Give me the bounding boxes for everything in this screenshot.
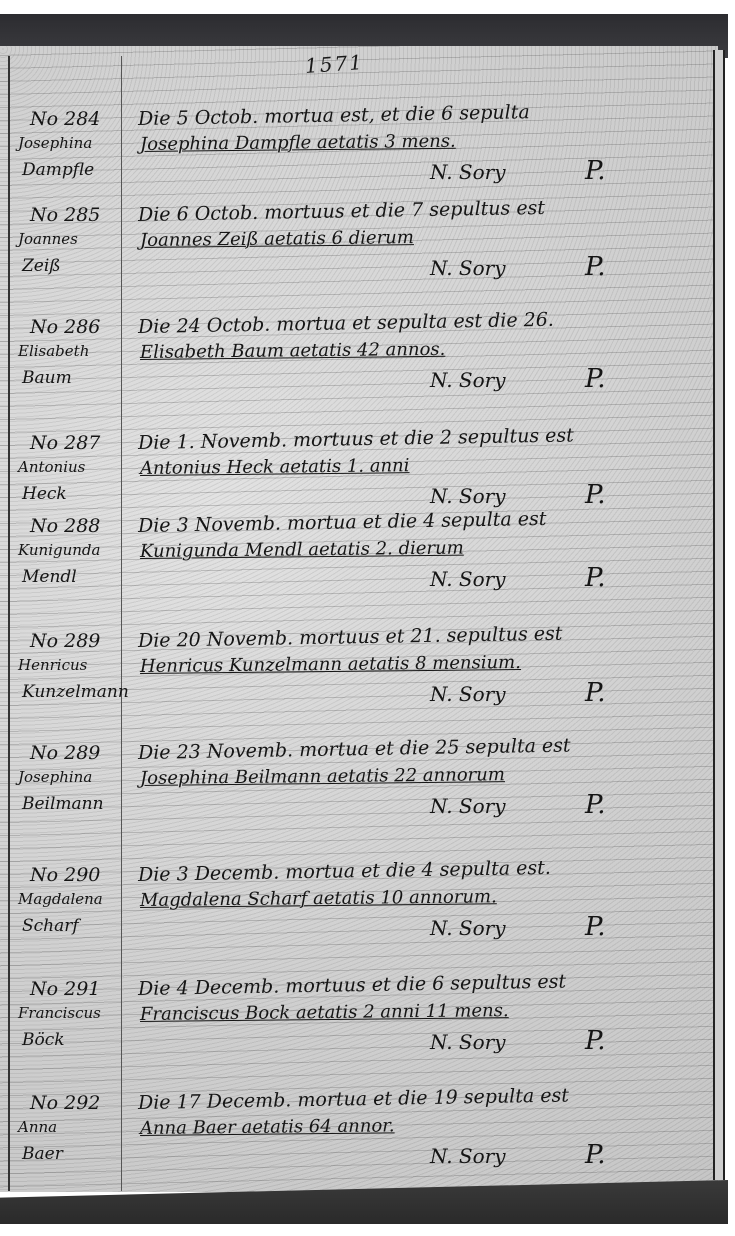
entry-signature: N. Sory xyxy=(430,1144,506,1168)
entry-number: No 291 xyxy=(30,978,100,1000)
entry-signature: N. Sory xyxy=(430,1030,506,1054)
entry-signature: N. Sory xyxy=(430,368,506,392)
entry-name-age-line: Henricus Kunzelmann aetatis 8 mensium. xyxy=(140,652,521,677)
entry-number: No 287 xyxy=(30,432,100,454)
page-number: 1571 xyxy=(304,50,364,78)
entry-surname: Baer xyxy=(22,1144,63,1164)
entry-signature: N. Sory xyxy=(430,682,506,706)
entry-given-name: Elisabeth xyxy=(18,342,89,360)
entry-given-name: Magdalena xyxy=(18,890,103,908)
entry-given-name: Antonius xyxy=(18,458,85,476)
entry-surname: Heck xyxy=(22,484,67,504)
entry-given-name: Franciscus xyxy=(18,1004,101,1022)
entry-signature: N. Sory xyxy=(430,567,506,591)
entry-given-name: Kunigunda xyxy=(18,541,100,559)
entry-given-name: Henricus xyxy=(18,656,87,674)
entry-number: No 289 xyxy=(30,630,100,652)
entry-number: No 292 xyxy=(30,1092,100,1114)
entry-signature-mark: P. xyxy=(585,678,606,708)
entry-signature-mark: P. xyxy=(585,790,606,820)
entry-number: No 285 xyxy=(30,204,100,226)
entry-number: No 288 xyxy=(30,515,100,537)
entry-name-age-line: Joannes Zeiß aetatis 6 dierum xyxy=(140,227,414,251)
entry-signature-mark: P. xyxy=(585,1026,606,1056)
entry-given-name: Joannes xyxy=(18,230,78,248)
entry-surname: Kunzelmann xyxy=(22,682,129,702)
entry-number: No 290 xyxy=(30,864,100,886)
left-margin-line xyxy=(8,56,10,1191)
binding-edge xyxy=(713,50,725,1180)
entry-signature-mark: P. xyxy=(585,563,606,593)
entry-surname: Scharf xyxy=(22,916,79,936)
entry-signature: N. Sory xyxy=(430,160,506,184)
entry-surname: Baum xyxy=(22,368,72,388)
entry-signature: N. Sory xyxy=(430,484,506,508)
entry-signature: N. Sory xyxy=(430,916,506,940)
entry-name-age-line: Antonius Heck aetatis 1. anni xyxy=(140,455,410,479)
entry-number: No 289 xyxy=(30,742,100,764)
entry-given-name: Josephina xyxy=(18,768,92,786)
entry-signature: N. Sory xyxy=(430,256,506,280)
entry-name-age-line: Franciscus Bock aetatis 2 anni 11 mens. xyxy=(140,1000,509,1025)
entry-surname: Zeiß xyxy=(22,256,61,276)
entry-signature: N. Sory xyxy=(430,794,506,818)
entry-signature-mark: P. xyxy=(585,364,606,394)
entry-name-age-line: Josephina Beilmann aetatis 22 annorum xyxy=(140,764,505,789)
entry-signature-mark: P. xyxy=(585,156,606,186)
entry-number: No 284 xyxy=(30,108,100,130)
entry-name-age-line: Josephina Dampfle aetatis 3 mens. xyxy=(140,131,456,155)
entry-name-age-line: Magdalena Scharf aetatis 10 annorum. xyxy=(140,886,497,911)
entry-signature-mark: P. xyxy=(585,480,606,510)
entry-surname: Böck xyxy=(22,1030,65,1050)
entry-signature-mark: P. xyxy=(585,912,606,942)
column-divider xyxy=(121,56,122,1191)
entry-surname: Dampfle xyxy=(22,160,94,180)
entry-signature-mark: P. xyxy=(585,1140,606,1170)
entry-signature-mark: P. xyxy=(585,252,606,282)
entry-name-age-line: Kunigunda Mendl aetatis 2. dierum xyxy=(140,538,464,562)
entry-given-name: Anna xyxy=(18,1118,57,1136)
entry-number: No 286 xyxy=(30,316,100,338)
entry-surname: Beilmann xyxy=(22,794,104,814)
entry-name-age-line: Anna Baer aetatis 64 annor. xyxy=(140,1115,395,1139)
entry-surname: Mendl xyxy=(22,567,77,587)
entry-given-name: Josephina xyxy=(18,134,92,152)
entry-name-age-line: Elisabeth Baum aetatis 42 annos. xyxy=(140,339,446,363)
